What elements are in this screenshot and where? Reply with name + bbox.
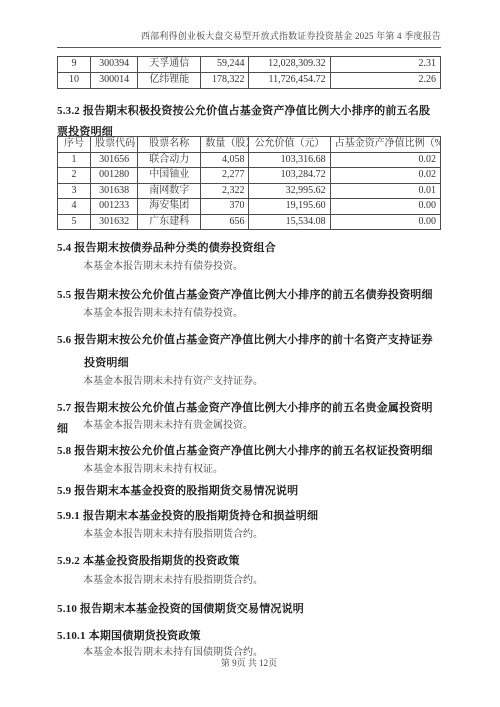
table-cell: 南网数字: [138, 183, 201, 199]
stock-table-continued: 9 300394 天孚通信 59,244 12,028,309.32 2.31 …: [57, 56, 441, 89]
section-body-5-4: 本基金本报告期末未持有债券投资。: [57, 260, 441, 273]
column-header: 数量（股）: [201, 137, 249, 153]
table-cell: 4,058: [201, 152, 249, 168]
report-page: 西部利得创业板大盘交易型开放式指数证券投资基金 2025 年第 4 季度报告 9…: [0, 0, 500, 707]
table-cell: 001233: [91, 199, 138, 215]
section-heading-5-9-1: 5.9.1 报告期末本基金投资的股指期货持仓和损益明细: [57, 506, 441, 527]
table-cell: 9: [58, 57, 91, 73]
table-cell: 2: [58, 168, 91, 184]
table-cell: 001280: [91, 168, 138, 184]
table-cell: 2,322: [201, 183, 249, 199]
table-cell: 2,277: [201, 168, 249, 184]
table-cell: 联合动力: [138, 152, 201, 168]
section-heading-5-9-2: 5.9.2 本基金投资股指期货的投资政策: [57, 551, 441, 572]
table-cell: 4: [58, 199, 91, 215]
table-cell: 中国铀业: [138, 168, 201, 184]
section-body-5-9-2: 本基金本报告期末未持有股指期货合约。: [57, 574, 441, 587]
table-cell: 301632: [91, 214, 138, 230]
table-header-row: 序号 股票代码 股票名称 数量（股） 公允价值（元） 占基金资产净值比例（%）: [58, 137, 441, 153]
table-cell: 370: [201, 199, 249, 215]
table-cell: 0.02: [330, 152, 440, 168]
table-cell: 656: [201, 214, 249, 230]
table-cell: 10: [58, 73, 91, 89]
section-body-5-7: 本基金本报告期末未持有贵金属投资。: [57, 419, 441, 432]
section-heading-5-4: 5.4 报告期末按债券品种分类的债券投资组合: [57, 238, 441, 259]
table-cell: 0.00: [330, 199, 440, 215]
table-cell: 0.00: [330, 214, 440, 230]
table-row: 2 001280 中国铀业 2,277 103,284.72 0.02: [58, 168, 441, 184]
table-row: 3 301638 南网数字 2,322 32,995.62 0.01: [58, 183, 441, 199]
section-body-5-8: 本基金本报告期末未持有权证。: [57, 463, 441, 476]
table-cell: 12,028,309.32: [249, 57, 330, 73]
table-cell: 103,284.72: [249, 168, 330, 184]
section-body-5-9-1: 本基金本报告期末未持有股指期货合约。: [57, 528, 441, 541]
table-cell: 亿纬锂能: [138, 73, 201, 89]
section-heading-5-9: 5.9 报告期末本基金投资的股指期货交易情况说明: [57, 481, 441, 502]
table-cell: 59,244: [201, 57, 249, 73]
section-heading-5-10: 5.10 报告期末本基金投资的国债期货交易情况说明: [57, 599, 441, 620]
table-cell: 103,316.68: [249, 152, 330, 168]
page-footer: 第 9页 共 12页: [57, 656, 441, 669]
table-cell: 海安集团: [138, 199, 201, 215]
table-cell: 3: [58, 183, 91, 199]
table-cell: 15,534.08: [249, 214, 330, 230]
table-cell: 32,995.62: [249, 183, 330, 199]
table-row: 4 001233 海安集团 370 19,195.60 0.00: [58, 199, 441, 215]
table-cell: 2.31: [330, 57, 440, 73]
section-body-5-5: 本基金本报告期末未持有债券投资。: [57, 307, 441, 320]
section-heading-5-6: 5.6 报告期末按公允价值占基金资产净值比例大小排序的前十名资产支持证券投资明细: [57, 329, 441, 375]
table-cell: 301656: [91, 152, 138, 168]
table-cell: 300394: [91, 57, 138, 73]
table-cell: 300014: [91, 73, 138, 89]
table-cell: 0.01: [330, 183, 440, 199]
table-cell: 天孚通信: [138, 57, 201, 73]
column-header: 股票代码: [91, 137, 138, 153]
column-header: 公允价值（元）: [249, 137, 330, 153]
table-row: 1 301656 联合动力 4,058 103,316.68 0.02: [58, 152, 441, 168]
column-header: 占基金资产净值比例（%）: [330, 137, 440, 153]
column-header: 股票名称: [138, 137, 201, 153]
table-cell: 301638: [91, 183, 138, 199]
report-header: 西部利得创业板大盘交易型开放式指数证券投资基金 2025 年第 4 季度报告: [57, 29, 441, 48]
column-header: 序号: [58, 137, 91, 153]
section-heading-5-5: 5.5 报告期末按公允价值占基金资产净值比例大小排序的前五名债券投资明细: [57, 285, 441, 306]
table-cell: 2.26: [330, 73, 440, 89]
table-row: 9 300394 天孚通信 59,244 12,028,309.32 2.31: [58, 57, 441, 73]
table-cell: 11,726,454.72: [249, 73, 330, 89]
table-cell: 178,322: [201, 73, 249, 89]
section-heading-5-10-1: 5.10.1 本期国债期货投资政策: [57, 626, 441, 647]
stock-table: 序号 股票代码 股票名称 数量（股） 公允价值（元） 占基金资产净值比例（%） …: [57, 136, 441, 230]
section-body-5-6: 本基金本报告期末未持有资产支持证券。: [57, 375, 441, 388]
table-cell: 1: [58, 152, 91, 168]
table-cell: 5: [58, 214, 91, 230]
table-cell: 19,195.60: [249, 199, 330, 215]
table-cell: 广东建科: [138, 214, 201, 230]
table-row: 5 301632 广东建科 656 15,534.08 0.00: [58, 214, 441, 230]
section-heading-5-8: 5.8 报告期末按公允价值占基金资产净值比例大小排序的前五名权证投资明细: [57, 441, 441, 462]
table-row: 10 300014 亿纬锂能 178,322 11,726,454.72 2.2…: [58, 73, 441, 89]
table-cell: 0.02: [330, 168, 440, 184]
